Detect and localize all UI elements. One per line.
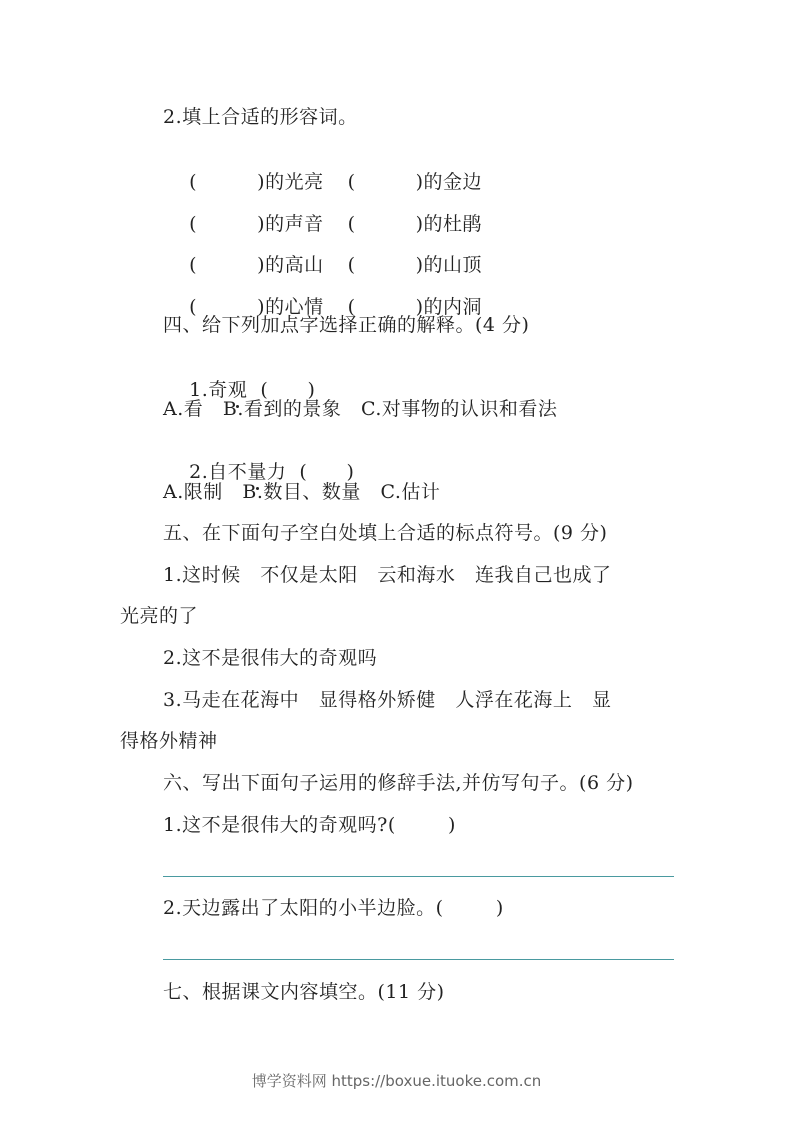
section-4-title: 四、给下列加点字选择正确的解释。(4 分) [163, 313, 529, 337]
section-5-title: 五、在下面句子空白处填上合适的标点符号。(9 分) [163, 521, 607, 545]
section-5-q1-line1: 1.这时候 不仅是太阳 云和海水 连我自己也成了 [163, 563, 612, 587]
section-5-q2: 2.这不是很伟大的奇观吗 [163, 646, 377, 670]
section-4-q1-options: A.看 B.看到的景象 C.对事物的认识和看法 [163, 397, 557, 421]
section-5-q1-line2: 光亮的了 [120, 604, 198, 628]
q2-title: 2.填上合适的形容词。 [163, 105, 358, 129]
section-6-title: 六、写出下面句子运用的修辞手法,并仿写句子。(6 分) [163, 771, 634, 795]
section-6-q2: 2.天边露出了太阳的小半边脸。( ) [163, 896, 504, 920]
section-5-q3-line1: 3.马走在花海中 显得格外矫健 人浮在花海上 显 [163, 688, 612, 712]
answer-line[interactable] [163, 876, 674, 877]
section-5-q3-line2: 得格外精神 [120, 729, 218, 753]
section-4-q2-options: A.限制 B.数目、数量 C.估计 [163, 480, 440, 504]
footer-watermark: 博学资料网 https://boxue.ituoke.com.cn [0, 1070, 793, 1091]
answer-line[interactable] [163, 959, 674, 960]
section-6-q1: 1.这不是很伟大的奇观吗?( ) [163, 813, 456, 837]
section-7-title: 七、根据课文内容填空。(11 分) [163, 980, 445, 1004]
